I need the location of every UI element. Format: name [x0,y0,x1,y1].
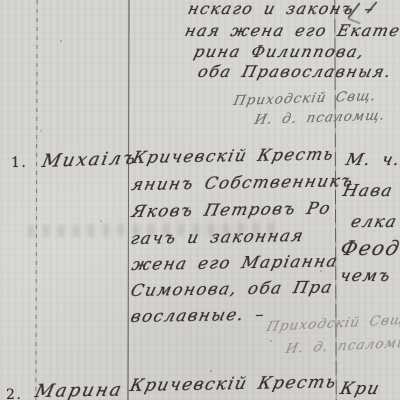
parents-line: Яковъ Петровъ Ро [130,199,333,221]
entry-number: 2. [6,387,22,400]
child-name: Марина [33,379,125,400]
godparents-fragment: Кри [338,379,382,399]
godparents-fragment: М. ч. [344,150,400,169]
parents-line: Кричевскій Кресть [128,372,339,396]
parents-line: янинъ Собственникъ [130,171,356,194]
child-name: Михаілъ [40,148,139,172]
handwritten-line: рина Филиппова, [192,42,367,61]
clergy-signature-line: И. д. псаломщ [284,335,400,357]
godparents-fragment: Феод [338,236,400,260]
clergy-signature-line: И. д. псаломщ. [253,107,387,128]
clergy-signature-line: Приходскій Свщ. [232,88,378,109]
godparents-fragment: чемъ [338,266,393,285]
handwritten-line: ная жена его Екате – [183,21,400,40]
scanned-register-page: нскаго и законъ – ная жена его Екате – р… [0,0,400,400]
godparents-fragment: елка [349,212,400,231]
parents-line: Кричевскій Кресть [131,145,337,167]
handwritten-line: оба Православныя. [196,62,394,81]
godparents-fragment: Нава [341,181,395,200]
paper-specks [60,40,62,42]
parents-line: вославные. – [129,305,268,326]
column-rule-middle [127,0,129,400]
parents-line: гачъ и законная [129,226,306,248]
parents-line: Симонова, оба Пра [129,277,335,300]
column-rule-left [35,0,37,400]
parents-line: жена его Маріанна [130,251,341,274]
entry-number: 1. [11,155,27,171]
handwritten-line: нскаго и законъ – [186,0,377,18]
clergy-signature-line: Приходскій Свщ [265,312,400,335]
